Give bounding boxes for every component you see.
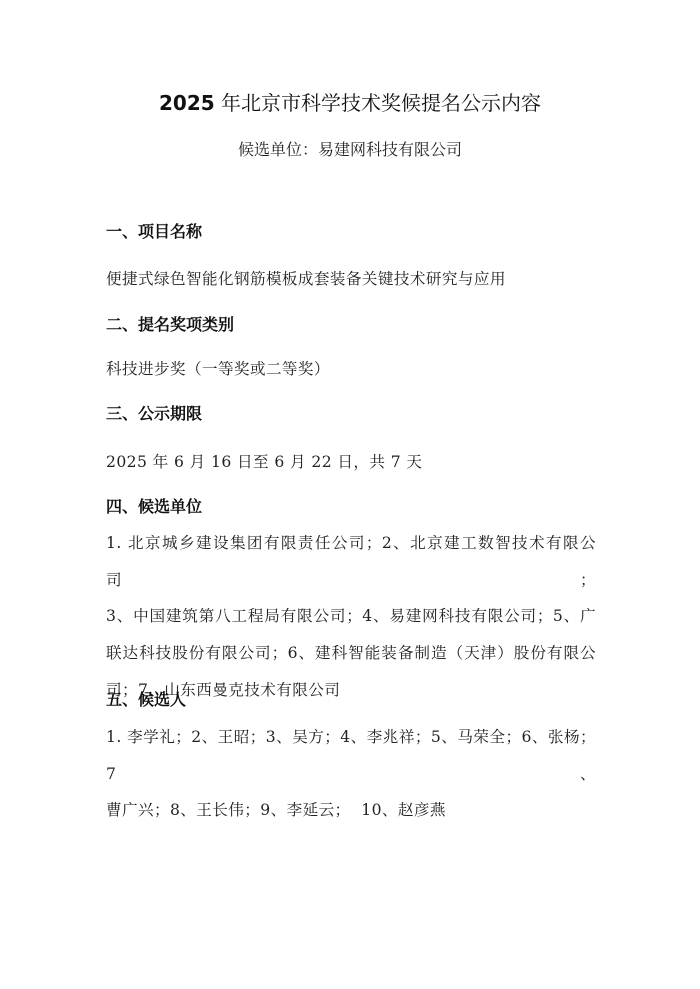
body-line: 3、中国建筑第八工程局有限公司；4、易建网科技有限公司；5、广 bbox=[106, 598, 596, 635]
candidates-text: 1. 李学礼；2、王昭；3、吴方；4、李兆祥；5、马荣全；6、张杨；7、 曹广兴… bbox=[106, 719, 596, 829]
document-page: 2025 年北京市科学技术奖候提名公示内容 候选单位：易建网科技有限公司 一、项… bbox=[0, 0, 700, 989]
body-line: 2025 年 6 月 16 日至 6 月 22 日，共 7 天 bbox=[106, 444, 596, 481]
section-heading-award-category: 二、提名奖项类别 bbox=[106, 315, 234, 335]
body-line: 1. 李学礼；2、王昭；3、吴方；4、李兆祥；5、马荣全；6、张杨；7、 bbox=[106, 719, 596, 792]
body-line: 科技进步奖（一等奖或二等奖） bbox=[106, 351, 596, 388]
award-category-text: 科技进步奖（一等奖或二等奖） bbox=[106, 351, 596, 388]
title-text: 年北京市科学技术奖候提名公示内容 bbox=[215, 91, 541, 115]
project-name-text: 便捷式绿色智能化钢筋模板成套装备关键技术研究与应用 bbox=[106, 261, 596, 298]
candidate-unit-subtitle: 候选单位：易建网科技有限公司 bbox=[0, 139, 700, 161]
publicity-period-text: 2025 年 6 月 16 日至 6 月 22 日，共 7 天 bbox=[106, 444, 596, 481]
section-heading-candidate-units: 四、候选单位 bbox=[106, 497, 202, 517]
section-heading-project-name: 一、项目名称 bbox=[106, 222, 202, 242]
document-title: 2025 年北京市科学技术奖候提名公示内容 bbox=[0, 90, 700, 116]
body-line: 1. 北京城乡建设集团有限责任公司；2、北京建工数智技术有限公司； bbox=[106, 525, 596, 598]
candidate-units-text: 1. 北京城乡建设集团有限责任公司；2、北京建工数智技术有限公司； 3、中国建筑… bbox=[106, 525, 596, 709]
title-year: 2025 bbox=[159, 91, 215, 115]
section-heading-candidates: 五、候选人 bbox=[106, 690, 186, 710]
body-line: 便捷式绿色智能化钢筋模板成套装备关键技术研究与应用 bbox=[106, 261, 596, 298]
section-heading-publicity-period: 三、公示期限 bbox=[106, 404, 202, 424]
body-line: 联达科技股份有限公司；6、建科智能装备制造（天津）股份有限公 bbox=[106, 635, 596, 672]
body-line: 曹广兴；8、王长伟；9、李延云； 10、赵彦燕 bbox=[106, 792, 596, 829]
